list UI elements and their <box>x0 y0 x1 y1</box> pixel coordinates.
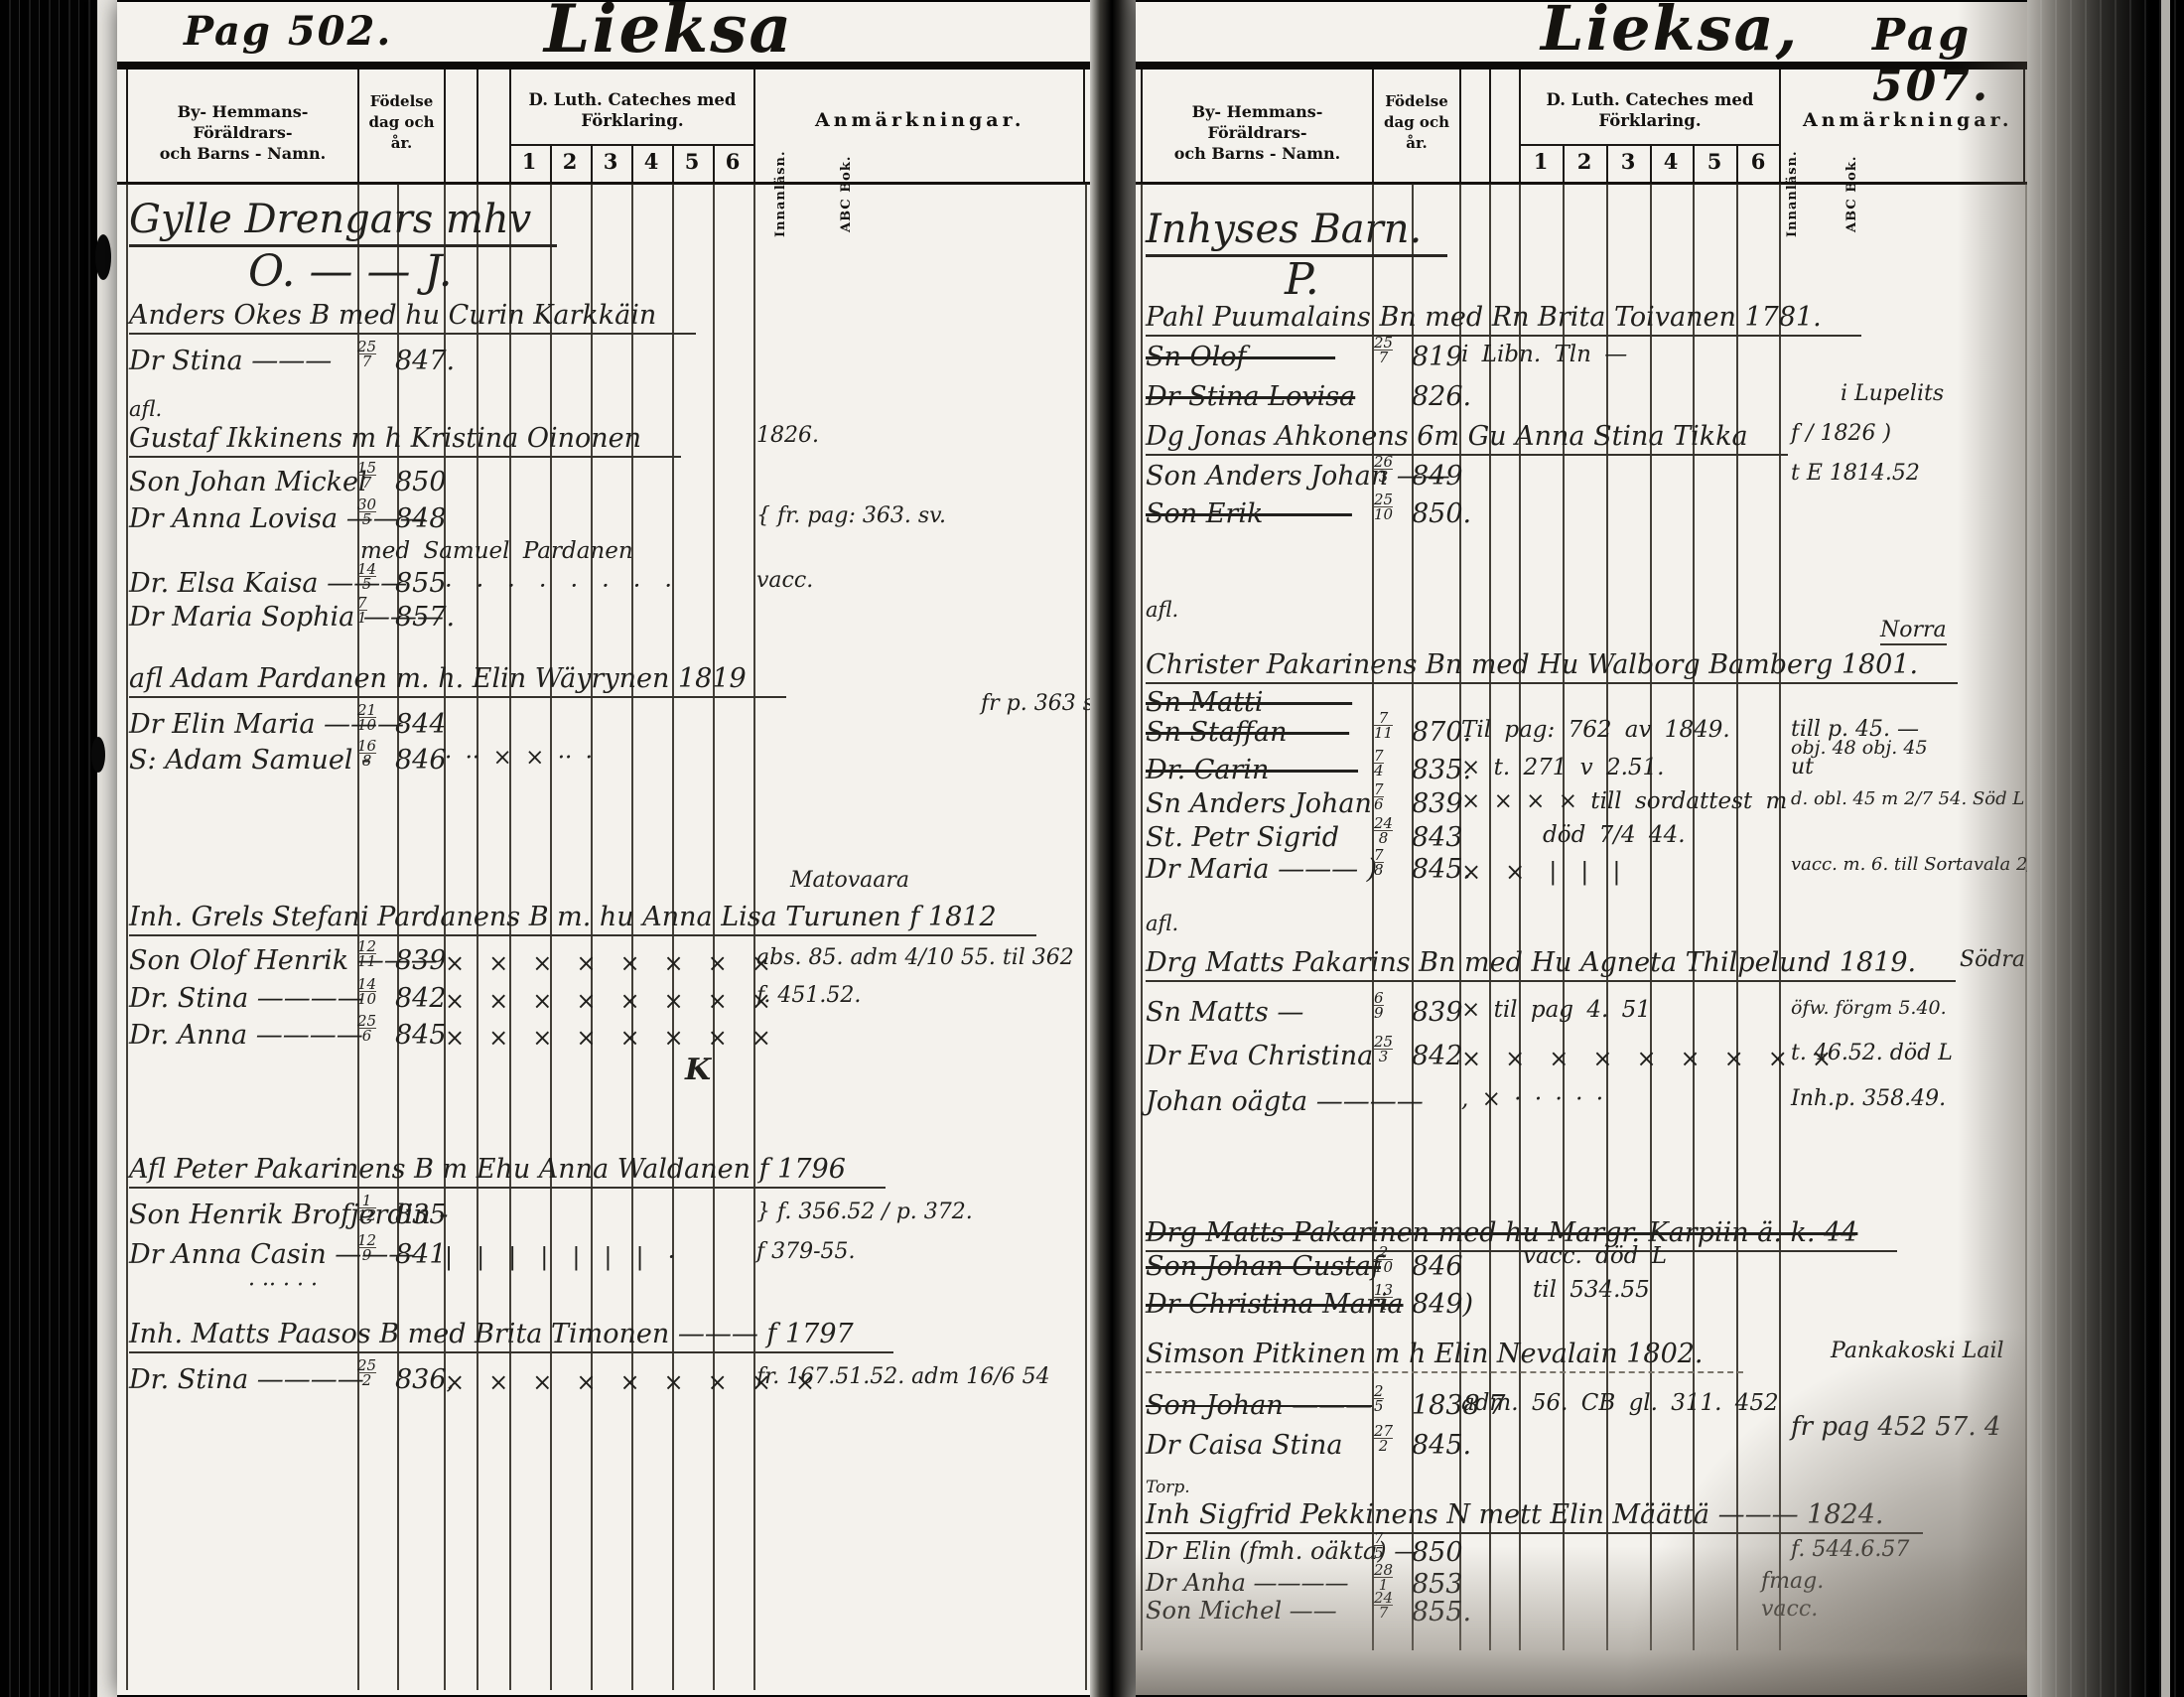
family-name: Inh Sigfrid Pekkinens N mett Elin Määttä… <box>1146 1499 1923 1534</box>
person-name: Johan oägta ———— <box>1146 1086 1424 1117</box>
heading-text: Inhyses Barn. <box>1146 207 1447 257</box>
birth-year: 845 <box>395 1020 447 1051</box>
family-name: Pahl Puumalains Bn med Rn Brita Toivanen… <box>1146 302 1861 337</box>
birth-date: 305 <box>357 498 376 526</box>
birth-date: 74 <box>1374 750 1384 778</box>
note-row: K <box>129 1053 1090 1096</box>
column-line <box>1141 184 1143 1650</box>
birth-month: 3 <box>1374 469 1393 484</box>
ledger-row: Son Erik ———2510850. <box>1146 498 2027 542</box>
birth-date: 210 <box>1374 1246 1393 1274</box>
person-name: Dr Caisa Stina <box>1146 1430 1343 1461</box>
birth-year: 850 <box>395 467 447 497</box>
birth-year: 841 <box>395 1239 447 1270</box>
birth-date: 25 <box>1374 1385 1384 1413</box>
birth-date: 247 <box>1374 1592 1393 1620</box>
entries-right: Inhyses Barn. P. Pahl Puumalains Bn med … <box>1146 2 2027 1695</box>
birth-month: 5 <box>1374 1398 1384 1413</box>
catechism-marks: ×××××××× <box>445 949 795 977</box>
birth-month: 6 <box>1374 796 1384 811</box>
person-name: Dr Anha ———— <box>1146 1569 1349 1597</box>
birth-date: 256 <box>357 1015 376 1043</box>
birth-date: 257 <box>1374 337 1393 364</box>
birth-month: 10 <box>357 991 376 1006</box>
remark: abs. 85. adm 4/10 55. til 362 <box>756 945 1074 970</box>
birth-year: 849) <box>1412 1289 1473 1320</box>
birth-date: 272 <box>1374 1425 1393 1453</box>
ledger-row: Sn Matts —69839× til pag 4. 51öfw. förgm… <box>1146 997 2027 1041</box>
birth-month: 10 <box>1374 1259 1393 1274</box>
person-name: Son Olof Henrik ——— <box>129 945 438 976</box>
person-name: Dr Christina Maria <box>1146 1289 1404 1320</box>
note-row: · ·· · · · <box>129 1273 1090 1317</box>
person-name: Son Johan Mickel <box>129 467 367 497</box>
family-header-row: Simson Pitkinen m h Elin Nevalain 1802.P… <box>1146 1339 2027 1382</box>
birth-year: 819 <box>1412 342 1463 372</box>
ledger-row: Dr Maria ——— )78845.××|||vacc. m. 6. til… <box>1146 854 2027 898</box>
catechism-marks: ××||| <box>1461 858 1644 886</box>
birth-month: 11 <box>357 953 376 968</box>
person-name: Dr Eva Christina <box>1146 1041 1373 1071</box>
birth-date: 1211 <box>357 940 376 968</box>
person-name: Son Michel —— <box>1146 1597 1337 1625</box>
person-name: Dr. Stina ———— <box>129 1364 364 1395</box>
birth-date: 69 <box>1374 992 1384 1020</box>
family-name: Drg Matts Pakarins Bn med Hu Agneta Thil… <box>1146 947 1956 982</box>
remark: vacc. <box>756 568 813 593</box>
ledger-row: Johan oägta ————, × · · · · ·Inh.p. 358.… <box>1146 1086 2027 1130</box>
remark: f / 1826 ) <box>1791 421 1891 446</box>
family-header-row: Inh. Grels Stefani Pardanens B m. hu Ann… <box>129 902 1090 945</box>
birth-month: 9 <box>1374 1005 1384 1020</box>
inline-note: × t. 271 v 2.51. <box>1461 755 1665 780</box>
birth-date: 76 <box>1374 783 1384 811</box>
remark: f 379-55. <box>756 1239 856 1264</box>
birth-month: 5 <box>357 511 376 526</box>
remark: Inh.p. 358.49. <box>1791 1086 1946 1111</box>
inline-note: K <box>685 1053 711 1087</box>
heading-text: P. <box>1285 254 1319 305</box>
catechism-marks: ········ <box>445 572 696 600</box>
heading-text: O. — — J. <box>248 246 453 297</box>
birth-year: 849 <box>1412 461 1463 492</box>
ledger-row: Sn Olof ———257819i Libn. Tln — <box>1146 342 2027 385</box>
family-header-row: Dg Jonas Ahkonens 6m Gu Anna Stina Tikka… <box>1146 421 2027 465</box>
remark: f. 544.6.57 <box>1791 1537 1909 1562</box>
person-name: S: Adam Samuel - <box>129 745 370 776</box>
person-name: Son Erik ——— <box>1146 498 1352 529</box>
birth-year: 847. <box>395 346 455 376</box>
birth-date: 263 <box>1374 456 1393 484</box>
family-header-row: Drg Matts Pakarins Bn med Hu Agneta Thil… <box>1146 947 2027 991</box>
person-name: Sn Anders Johan <box>1146 788 1372 819</box>
birth-date: 2110 <box>357 704 376 732</box>
ledger-row: S: Adam Samuel -168846· ·· × × ·· · <box>129 745 1090 788</box>
birth-month: 4 <box>1374 1297 1393 1312</box>
birth-year: 857. <box>395 602 455 633</box>
margin-note: Torp. <box>1146 1478 1190 1497</box>
family-header-row: Pahl Puumalains Bn med Rn Brita Toivanen… <box>1146 302 2027 346</box>
family-header-row: Anders Okes B med hu Curin Karkkäin <box>129 300 1090 344</box>
ledger-row: Dr. Stina ————252836,×××××××××fr. 167.51… <box>129 1364 1090 1408</box>
birth-date: 281 <box>1374 1564 1393 1592</box>
person-name: Dr Stina Lovisa <box>1146 381 1355 412</box>
remark: Pankakoski Lail <box>1831 1339 2004 1363</box>
birth-year: 855. <box>1412 1597 1471 1627</box>
ledger-row: Dr Stina Lovisa826.i Lupelits <box>1146 381 2027 425</box>
inline-note: i Libn. Tln — <box>1461 342 1627 367</box>
inline-note: med Samuel Pardanen <box>360 538 633 564</box>
birth-month: 10 <box>1374 506 1393 521</box>
ledger-row: Son Michel ——247855.vacc. <box>1146 1597 2027 1640</box>
birth-date: 2510 <box>1374 494 1393 521</box>
margin-note: afl. <box>129 397 162 421</box>
village-heading: Gylle Drengars mhv <box>129 197 1090 240</box>
remark: fr. 167.51.52. adm 16/6 54 <box>756 1364 1050 1389</box>
entries-left: Gylle Drengars mhv O. — — J. Anders Okes… <box>129 2 1090 1695</box>
birth-date: 252 <box>357 1359 376 1387</box>
family-name: Inh. Matts Paasos B med Brita Timonen ——… <box>129 1319 893 1353</box>
book-spine <box>1090 0 1136 1697</box>
remark: { fr. pag: 363. sv. <box>756 503 946 528</box>
family-name: Inh. Grels Stefani Pardanens B m. hu Ann… <box>129 902 1036 936</box>
family-header-row: Inh. Matts Paasos B med Brita Timonen ——… <box>129 1319 1090 1362</box>
birth-month: 5 <box>1374 1545 1384 1560</box>
birth-year: 848 <box>395 503 447 534</box>
ink-blob <box>91 737 105 773</box>
family-name: Anders Okes B med hu Curin Karkkäin <box>129 300 696 335</box>
remark: i Lupelits <box>1841 381 1944 406</box>
letter-heading: O. — — J. <box>129 246 1090 290</box>
remark: Norra <box>1880 618 1947 645</box>
birth-year: 846 <box>395 745 447 776</box>
family-name: Christer Pakarinens Bn med Hu Walborg Ba… <box>1146 649 1958 684</box>
birth-month: 9 <box>357 1247 376 1262</box>
birth-date: 112 <box>357 1195 376 1222</box>
person-name: Dr Anna Lovisa ——— <box>129 503 427 534</box>
person-name: Dr Stina ——— <box>129 346 332 376</box>
person-name: Dr Maria ——— ) <box>1146 854 1377 885</box>
family-name: Afl Peter Pakarinens B m Ehu Anna Waldan… <box>129 1154 886 1189</box>
catechism-marks: ×××××××× <box>445 1024 795 1052</box>
ledger-page-right: Lieksa, Pag 507. By- Hemmans- Föräldrars… <box>1136 2 2027 1695</box>
remark: } f. 356.52 / p. 372. <box>756 1200 973 1224</box>
birth-date: 1410 <box>357 978 376 1006</box>
remark: 1826. <box>756 423 819 448</box>
birth-year: 853 <box>1412 1569 1463 1600</box>
birth-year: 826. <box>1412 381 1471 412</box>
ink-blob <box>95 234 111 280</box>
remark: öfw. förgm 5.40. <box>1791 997 1947 1019</box>
birth-year: 850 <box>1412 1537 1463 1568</box>
birth-date: 129 <box>357 1234 376 1262</box>
inline-note: , × · · · · · <box>1461 1086 1603 1112</box>
remark: Matovaara <box>790 868 909 893</box>
letter-heading: P. <box>1146 254 2027 298</box>
birth-year: 839 <box>1412 997 1463 1028</box>
birth-year: 845. <box>1412 1430 1471 1461</box>
remark: Södra <box>1960 947 2025 972</box>
birth-year: 843 <box>1412 822 1463 853</box>
family-name: Simson Pitkinen m h Elin Nevalain 1802. <box>1146 1339 1743 1373</box>
birth-date: 257 <box>357 341 376 368</box>
person-name: Son Anders Johan —— <box>1146 461 1450 492</box>
person-name: Dr. Anna ———— <box>129 1020 363 1051</box>
family-name: Gustaf Ikkinens m h Kristina Oinonen <box>129 423 681 458</box>
inline-note: × × × × till sordattest m <box>1461 788 1787 814</box>
ledger-row: Dr Christina Maria134849) <box>1146 1289 2027 1333</box>
ledger-row: Dr Eva Christina253842×××××××××t. 46.52.… <box>1146 1041 2027 1084</box>
remark: f. 451.52. <box>756 983 861 1008</box>
birth-date: 253 <box>1374 1036 1393 1063</box>
birth-month: 10 <box>357 717 376 732</box>
person-name: Sn Olof ——— <box>1146 342 1335 372</box>
birth-month: 5 <box>357 576 376 591</box>
birth-year: 842 <box>395 983 447 1014</box>
remark: t. 46.52. död L <box>1791 1041 1953 1065</box>
family-header-row: Afl Peter Pakarinens B m Ehu Anna Waldan… <box>129 1154 1090 1198</box>
page-edge-sliver <box>2161 0 2170 1697</box>
birth-date: 248 <box>1374 817 1393 845</box>
birth-month: 8 <box>357 753 376 768</box>
birth-month: 3 <box>1374 1049 1393 1063</box>
birth-month: 6 <box>357 1028 376 1043</box>
birth-month: 12 <box>357 1207 376 1222</box>
inline-note: död 7/4 44. <box>1543 822 1686 848</box>
birth-month: 7 <box>1374 350 1393 364</box>
ledger-row: Son Henrik Brofjerdin -112835} f. 356.52… <box>129 1200 1090 1243</box>
birth-date: 711 <box>1374 712 1393 740</box>
birth-date: 71 <box>357 597 367 625</box>
birth-date: 145 <box>357 563 376 591</box>
family-name: Dg Jonas Ahkonens 6m Gu Anna Stina Tikka <box>1146 421 1788 456</box>
birth-date: 78 <box>1374 849 1384 877</box>
birth-year: 839 <box>395 945 447 976</box>
birth-month: 4 <box>1374 763 1384 778</box>
section-heading: Inhyses Barn. <box>1146 207 2027 250</box>
birth-month: 8 <box>1374 862 1384 877</box>
ledger-row: Dr Stina ———257847. <box>129 346 1090 389</box>
stray-dots: · ·· · · · <box>248 1273 318 1298</box>
catechism-marks: |||||||· <box>445 1243 699 1271</box>
birth-year: 842 <box>1412 1041 1463 1071</box>
person-name: St. Petr Sigrid <box>1146 822 1339 853</box>
birth-year: 835 <box>395 1200 447 1230</box>
birth-month: 7 <box>357 354 376 368</box>
margin-note: afl. <box>1146 912 1178 935</box>
remark: fmag. <box>1761 1569 1824 1594</box>
birth-date: 157 <box>357 462 376 490</box>
birth-year: 844 <box>395 709 447 740</box>
inline-note: × til pag 4. 51 <box>1461 997 1651 1023</box>
birth-month: 2 <box>1374 1438 1393 1453</box>
birth-month: 7 <box>1374 1605 1393 1620</box>
ledger-row: Dr Caisa Stina272845. <box>1146 1430 2027 1474</box>
birth-date: 168 <box>357 740 376 768</box>
birth-year: 855 <box>395 568 447 599</box>
scan-edge-right <box>2027 0 2184 1697</box>
catechism-marks: ×××××××× <box>445 987 795 1015</box>
birth-date: 134 <box>1374 1284 1393 1312</box>
person-name: Sn Matts — <box>1146 997 1303 1028</box>
book-scan: Pag 502. Lieksa By- Hemmans- Föräldrars-… <box>0 0 2184 1697</box>
column-line <box>126 184 128 1690</box>
birth-date: 75 <box>1374 1532 1384 1560</box>
birth-year: 850. <box>1412 498 1471 529</box>
birth-month: 2 <box>357 1372 376 1387</box>
birth-month: 8 <box>1374 830 1393 845</box>
heading-text: Gylle Drengars mhv <box>129 197 557 247</box>
person-name: Dr. Carin ——— <box>1146 755 1358 785</box>
person-name: Dr. Stina ———— <box>129 983 364 1014</box>
inline-note: · ·· × × ·· · <box>445 745 593 771</box>
birth-month: 7 <box>357 475 376 490</box>
ledger-row: Dr Maria Sophia ———71857. <box>129 602 1090 645</box>
birth-month: 1 <box>357 610 367 625</box>
remark: t E 1814.52 <box>1791 461 1920 486</box>
remark: vacc. <box>1761 1597 1818 1622</box>
family-header-row: Gustaf Ikkinens m h Kristina Oinonen1826… <box>129 423 1090 467</box>
birth-year: 839 <box>1412 788 1463 819</box>
remark: ut <box>1791 755 1814 779</box>
remark: d. obl. 45 m 2/7 54. Söd L <box>1791 788 2024 809</box>
person-name: Sn Matti ——— <box>1146 687 1352 718</box>
ledger-page-left: Pag 502. Lieksa By- Hemmans- Föräldrars-… <box>117 2 1090 1695</box>
